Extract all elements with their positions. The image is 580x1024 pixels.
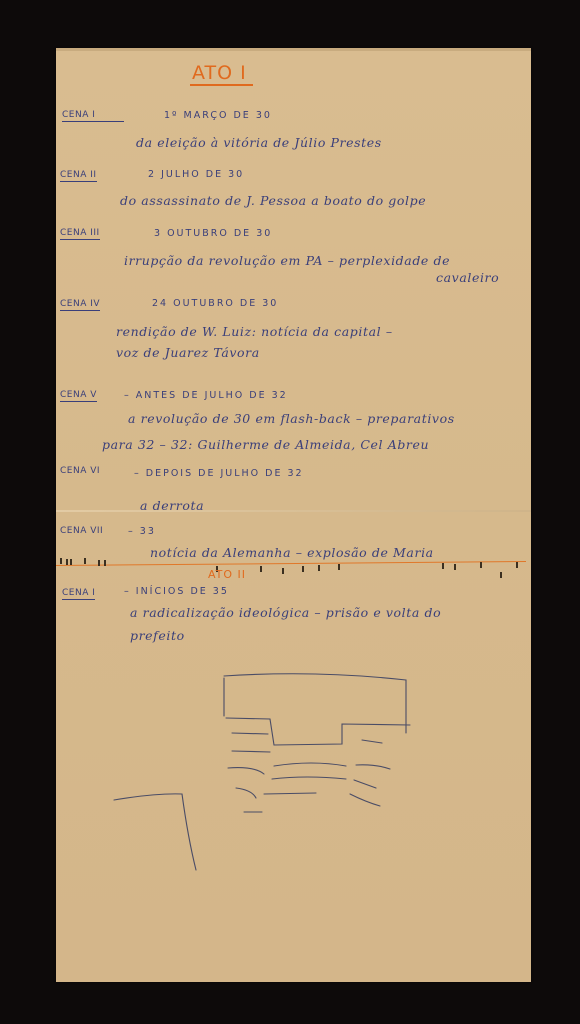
stage-plan-sketch xyxy=(56,48,531,982)
manuscript-page: ATO I CENA I 1º MARÇO DE 30 da eleição à… xyxy=(56,48,531,982)
